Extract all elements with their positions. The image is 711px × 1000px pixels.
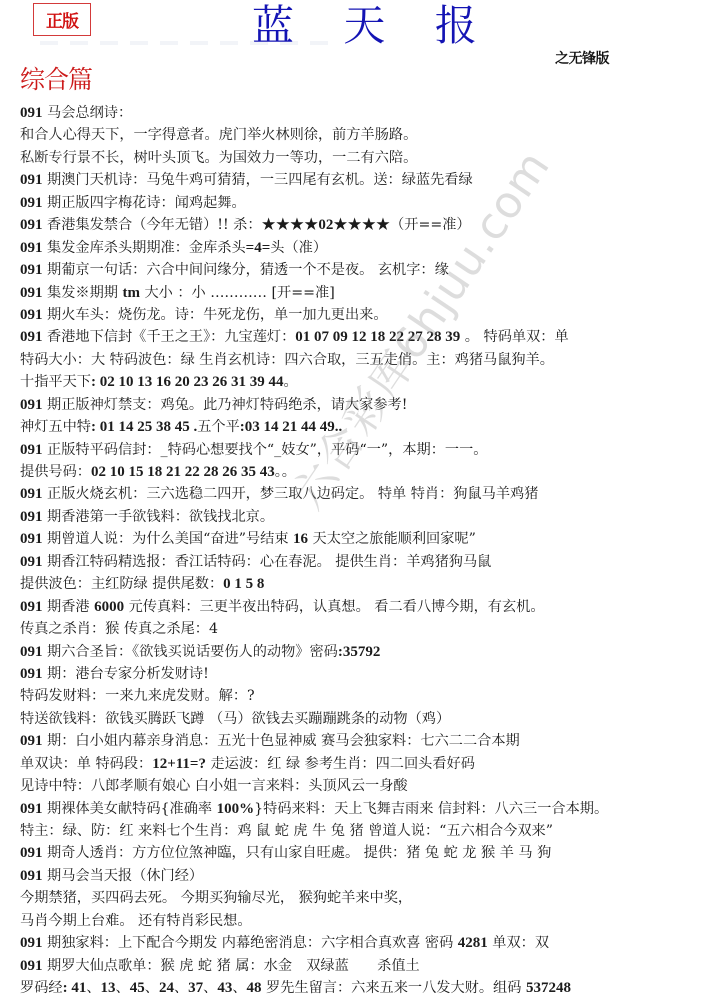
bold-segment: 091	[20, 801, 43, 817]
bold-segment: 45	[130, 980, 145, 996]
text-line: 091 期：白小姐内幕亲身消息：五光十色显神威 赛马会独家料：七六二二合本期	[20, 730, 710, 752]
text-line: 091 集发※期期 tm 大小 ：小 ………… [开==准]	[20, 282, 710, 304]
text-line: 091 期：港台专家分析发财诗!	[20, 663, 710, 685]
text-line: 091 集发金库杀头期期准：金库杀头=4=头（准）	[20, 237, 710, 259]
bold-segment: 0 1 5 8	[223, 576, 264, 592]
edition-label: 之无锋版	[555, 48, 609, 68]
text-segment: 、	[116, 980, 130, 996]
text-segment: 期马会当天报（休门经）	[43, 868, 204, 884]
text-segment: 今期禁猪，买四码去死。 今期买狗输尽光， 猴狗蛇羊来中奖，	[20, 890, 412, 906]
text-segment: 元传真料：三更半夜出特码，认真想。 看二看八博今期，有玄机。	[124, 599, 544, 615]
text-segment: 期火车头：烧伤龙。诗：牛死龙伤，单一加九更出来。	[43, 307, 388, 323]
text-segment: 提供号码：	[20, 464, 91, 480]
article-body: 091 马会总纲诗：和合人心得天下，一字得意者。虎门举火林则徐，前方羊肠路。私断…	[20, 102, 710, 1000]
text-segment: 、	[86, 980, 100, 996]
text-segment: 提供波色：主红防绿 提供尾数：	[20, 576, 223, 592]
text-segment: 期奇人透肖：方方位位煞神臨，只有山家自旺處。 提供：猪 兔 蛇 龙 猴 羊 马 …	[43, 845, 552, 861]
text-segment: 期六合圣旨：《欲钱买说话要伤人的动物》密码	[43, 644, 338, 660]
text-line: 091 期正版神灯禁支：鸡兔。此乃神灯特码绝杀，请大家参考!	[20, 394, 710, 416]
text-line: 特主：绿、防：红 来料七个生肖：鸡 鼠 蛇 虎 牛 兔 猪 曾道人说：“五六相合…	[20, 820, 710, 842]
bold-segment: 091	[20, 935, 43, 951]
text-line: 091 期葡京一句话：六合中间问缘分，猜透一个不是夜。 玄机字：缘	[20, 259, 710, 281]
bold-segment: 100%	[217, 801, 255, 817]
text-segment: ★★★★（开==准）	[333, 217, 470, 233]
bold-segment: 091	[20, 195, 43, 211]
text-segment: 和合人心得天下，一字得意者。虎门举火林则徐，前方羊肠路。	[20, 127, 417, 143]
text-line: 今期禁猪，买四码去死。 今期买狗输尽光， 猴狗蛇羊来中奖，	[20, 887, 710, 909]
text-segment: 单双诀：单 特码段：	[20, 756, 152, 772]
text-segment: 马肖今期上台难。 还有特肖彩民想。	[20, 913, 252, 929]
bold-segment: 43	[217, 980, 232, 996]
bold-segment: 13	[101, 980, 116, 996]
bold-segment: 48	[247, 980, 262, 996]
bold-segment: 091	[20, 666, 43, 682]
text-line: 091 正版特平码信封：_特码心想要找个“_妓女”，平码“一”，本期：一一。	[20, 439, 710, 461]
text-segment: 期独家料：上下配合今期发 内幕绝密消息：六字相合真欢喜 密码	[43, 935, 458, 951]
bold-segment: 091	[20, 105, 43, 121]
bold-segment: 091	[20, 531, 43, 547]
text-segment: 期：白小姐内幕亲身消息：五光十色显神威 赛马会独家料：七六二二合本期	[43, 733, 520, 749]
text-segment: 香港集发禁合（今年无错）!! 杀：★★★★	[43, 217, 319, 233]
text-segment: 。	[283, 374, 297, 390]
text-segment: 走运波：红 绿 参考生肖：四二回头看好码	[206, 756, 475, 772]
bold-segment: 091	[20, 644, 43, 660]
text-segment: 、	[203, 980, 217, 996]
bold-segment: 091	[20, 442, 43, 458]
bold-segment: 091	[20, 329, 43, 345]
text-line: 传真之杀肖：猴 传真之杀尾：4	[20, 618, 710, 640]
text-segment: 五个平	[197, 419, 240, 435]
bold-segment: 091	[20, 845, 43, 861]
text-segment: 集发※期期	[43, 285, 123, 301]
text-segment: 大小 ：小 ………… [开==准]	[140, 285, 335, 301]
text-segment: 期正版四字梅花诗：闻鸡起舞。	[43, 195, 246, 211]
text-segment: 期澳门天机诗：马兔牛鸡可猜猜，一三四尾有玄机。送：绿蓝先看绿	[43, 172, 473, 188]
text-segment: 特码大小：大 特码波色：绿 生肖玄机诗：四六合取，三五走俏。主：鸡猪马鼠狗羊。	[20, 352, 554, 368]
text-line: 提供号码：02 10 15 18 21 22 28 26 35 43。。	[20, 461, 710, 483]
text-segment: 、	[145, 980, 159, 996]
bold-segment: 24	[159, 980, 174, 996]
bold-segment: 02	[318, 217, 333, 233]
bold-segment: 091	[20, 397, 43, 413]
bold-segment: 4281	[458, 935, 488, 951]
text-line: 提供波色：主红防绿 提供尾数：0 1 5 8	[20, 573, 710, 595]
bold-segment: : 02 10 13 16 20 23 26 31 39 44	[91, 374, 284, 390]
text-segment: 、	[232, 980, 246, 996]
text-segment: 香港地下信封《千王之王》：九宝莲灯：	[43, 329, 296, 345]
text-line: 特送欲钱料：欲钱买腾跃飞蹲 （马）欲钱去买蹦蹦跳条的动物（鸡）	[20, 708, 710, 730]
text-line: 特码大小：大 特码波色：绿 生肖玄机诗：四六合取，三五走俏。主：鸡猪马鼠狗羊。	[20, 349, 710, 371]
text-segment: 期葡京一句话：六合中间问缘分，猜透一个不是夜。 玄机字：缘	[43, 262, 449, 278]
text-segment: 期：港台专家分析发财诗!	[43, 666, 209, 682]
bold-segment: 091	[20, 262, 43, 278]
text-line: 091 期火车头：烧伤龙。诗：牛死龙伤，单一加九更出来。	[20, 304, 710, 326]
bold-segment: 12+11=?	[152, 756, 206, 772]
text-line: 091 期六合圣旨：《欲钱买说话要伤人的动物》密码:35792	[20, 641, 710, 663]
bold-segment: 37	[188, 980, 203, 996]
bold-segment: :35792	[338, 644, 381, 660]
text-segment: 天太空之旅能顺利回家呢”	[308, 531, 476, 547]
text-segment: 头（准）	[270, 240, 327, 256]
bold-segment: 6000	[94, 599, 124, 615]
text-segment: 期曾道人说：为什么美国“奋进”号结束	[43, 531, 294, 547]
text-line: 特码发财料：一来九来虎发财。解：?	[20, 685, 710, 707]
bold-segment: : 41	[63, 980, 87, 996]
text-line: 091 期奇人透肖：方方位位煞神臨，只有山家自旺處。 提供：猪 兔 蛇 龙 猴 …	[20, 842, 710, 864]
text-line: 091 期马会当天报（休门经）	[20, 865, 710, 887]
text-segment: 私断专行景不长，树叶头顶飞。为国效力一等功，一二有六陪。	[20, 150, 417, 166]
text-line: 单双诀：单 特码段：12+11=? 走运波：红 绿 参考生肖：四二回头看好码	[20, 753, 710, 775]
text-segment: 期罗大仙点歌单：猴 虎 蛇 猪 属：水金 双绿蓝 杀值土	[43, 958, 420, 974]
text-line: 见诗中特：八郎孝顺有娘心 白小姐一言来料：头顶风云一身酸	[20, 775, 710, 797]
text-segment: 期裸体美女献特码{准确率	[43, 801, 217, 817]
text-segment: 集发金库杀头期期准：金库杀头	[43, 240, 246, 256]
text-line: 神灯五中特: 01 14 25 38 45 .五个平:03 14 21 44 4…	[20, 416, 710, 438]
text-segment: 见诗中特：八郎孝顺有娘心 白小姐一言来料：头顶风云一身酸	[20, 778, 408, 794]
text-line: 罗码经: 41、13、45、24、37、43、48 罗先生留言：六来五来一八发大…	[20, 977, 710, 999]
text-segment: 正版火烧玄机：三六选稳二四开，梦三取八边码定。 特单 特肖：狗鼠马羊鸡猪	[43, 486, 539, 502]
text-line: 私断专行景不长，树叶头顶飞。为国效力一等功，一二有六陪。	[20, 147, 710, 169]
text-line: 091 马会总纲诗：	[20, 102, 710, 124]
bold-segment: 091	[20, 868, 43, 884]
text-segment: 马会总纲诗：	[43, 105, 133, 121]
text-line: 091 香港地下信封《千王之王》：九宝莲灯：01 07 09 12 18 22 …	[20, 326, 710, 348]
bold-segment: tm	[122, 285, 140, 301]
text-segment: 期香港	[43, 599, 95, 615]
text-line: 十指平天下: 02 10 13 16 20 23 26 31 39 44。	[20, 371, 710, 393]
text-segment: 特送欲钱料：欲钱买腾跃飞蹲 （马）欲钱去买蹦蹦跳条的动物（鸡）	[20, 711, 450, 727]
section-title: 综合篇	[20, 60, 92, 96]
bold-segment: 091	[20, 599, 43, 615]
text-segment: 神灯五中特	[20, 419, 91, 435]
text-line: 马肖今期上台难。 还有特肖彩民想。	[20, 910, 710, 932]
text-line: 091 期澳门天机诗：马兔牛鸡可猜猜，一三四尾有玄机。送：绿蓝先看绿	[20, 169, 710, 191]
bold-segment: 091	[20, 486, 43, 502]
text-segment: 特码发财料：一来九来虎发财。解：?	[20, 688, 255, 704]
text-segment: 传真之杀肖：猴 传真之杀尾：4	[20, 621, 218, 637]
text-line: 091 期正版四字梅花诗：闻鸡起舞。	[20, 192, 710, 214]
text-line: 091 期罗大仙点歌单：猴 虎 蛇 猪 属：水金 双绿蓝 杀值土	[20, 955, 710, 977]
text-line: 091 香港集发禁合（今年无错）!! 杀：★★★★02★★★★（开==准）	[20, 214, 710, 236]
bold-segment: : 01 14 25 38 45 .	[91, 419, 197, 435]
genuine-edition-stamp: 正版	[33, 3, 91, 36]
bold-segment: 16	[293, 531, 308, 547]
text-line: 091 期香港 6000 元传真料：三更半夜出特码，认真想。 看二看八博今期，有…	[20, 596, 710, 618]
bold-segment: 01 07 09 12 18 22 27 28 39	[295, 329, 460, 345]
bold-segment: 091	[20, 509, 43, 525]
text-line: 091 期独家料：上下配合今期发 内幕绝密消息：六字相合真欢喜 密码 4281 …	[20, 932, 710, 954]
text-line: 和合人心得天下，一字得意者。虎门举火林则徐，前方羊肠路。	[20, 124, 710, 146]
text-line: 091 期香港第一手欲钱料：欲钱找北京。	[20, 506, 710, 528]
text-segment: 、	[174, 980, 188, 996]
bold-segment: 091	[20, 172, 43, 188]
text-segment: 罗先生留言：六来五来一八发大财。组码	[262, 980, 526, 996]
text-segment: 罗码经	[20, 980, 63, 996]
text-line: 091 期曾道人说：为什么美国“奋进”号结束 16 天太空之旅能顺利回家呢”	[20, 528, 710, 550]
bold-segment: 091	[20, 554, 43, 570]
text-line: 091 正版火烧玄机：三六选稳二四开，梦三取八边码定。 特单 特肖：狗鼠马羊鸡猪	[20, 483, 710, 505]
text-segment: 十指平天下	[20, 374, 91, 390]
text-segment: 。 特码单双：单	[460, 329, 568, 345]
bold-segment: 02 10 15 18 21 22 28 26 35 43	[91, 464, 275, 480]
text-segment: 。。	[275, 464, 296, 480]
text-segment: 特主：绿、防：红 来料七个生肖：鸡 鼠 蛇 虎 牛 兔 猪 曾道人说：“五六相合…	[20, 823, 553, 839]
text-line: 091 期香江特码精选报：香江话特码：心在春泥。 提供生肖：羊鸡猪狗马鼠	[20, 551, 710, 573]
bold-segment: 091	[20, 958, 43, 974]
text-line: 091 期裸体美女献特码{准确率 100%}特码来料：天上飞舞吉雨来 信封料：八…	[20, 798, 710, 820]
bold-segment: 091	[20, 733, 43, 749]
text-segment: 期香江特码精选报：香江话特码：心在春泥。 提供生肖：羊鸡猪狗马鼠	[43, 554, 492, 570]
text-segment: 期正版神灯禁支：鸡兔。此乃神灯特码绝杀，请大家参考!	[43, 397, 408, 413]
bold-segment: =4=	[246, 240, 271, 256]
bold-segment: :03 14 21 44 49..	[240, 419, 343, 435]
bold-segment: 537248	[526, 980, 571, 996]
bold-segment: 091	[20, 285, 43, 301]
masthead-title: 蓝 天 报	[252, 2, 495, 50]
text-segment: }特码来料：天上飞舞吉雨来 信封料：八六三一合本期。	[254, 801, 608, 817]
text-segment: 期香港第一手欲钱料：欲钱找北京。	[43, 509, 275, 525]
bold-segment: 091	[20, 240, 43, 256]
text-segment: 单双：双	[488, 935, 549, 951]
text-segment: 正版特平码信封：_特码心想要找个“_妓女”，平码“一”，本期：一一。	[43, 442, 488, 458]
stamp-label: 正版	[46, 7, 78, 32]
bold-segment: 091	[20, 307, 43, 323]
bold-segment: 091	[20, 217, 43, 233]
